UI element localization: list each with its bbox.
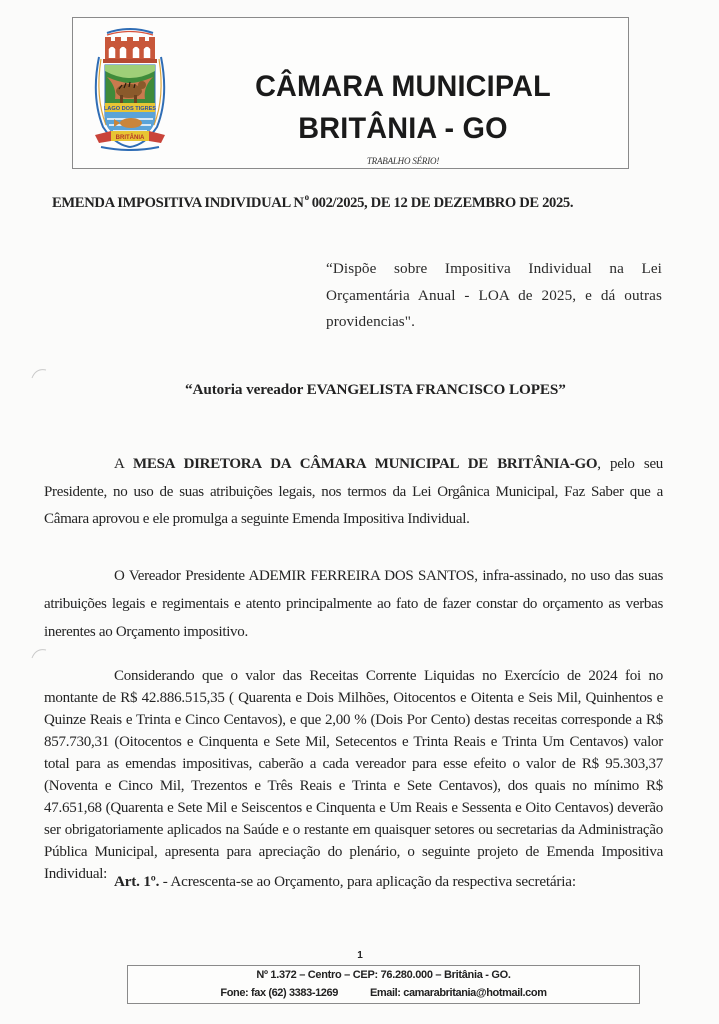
- article-label: Art. 1º.: [114, 873, 159, 890]
- article-1: Art. 1º. - Acrescenta-se ao Orçamento, p…: [114, 873, 674, 891]
- paragraph-president: O Vereador Presidente ADEMIR FERREIRA DO…: [44, 562, 663, 646]
- footer-phone: Fone: fax (62) 3383-1269: [220, 987, 338, 999]
- title-prefix: EMENDA IMPOSITIVA INDIVIDUAL N: [52, 195, 304, 211]
- article-text: - Acrescenta-se ao Orçamento, para aplic…: [159, 873, 576, 890]
- organization-city: BRITÂNIA - GO: [211, 112, 595, 146]
- document-title: EMENDA IMPOSITIVA INDIVIDUAL No002/2025,…: [52, 192, 672, 212]
- punch-hole-mark-icon: [30, 646, 50, 660]
- footer: Nº 1.372 – Centro – CEP: 76.280.000 – Br…: [127, 965, 640, 1004]
- motto: TRABALHO SÉRIO!: [303, 156, 503, 166]
- footer-email: Email: camarabritania@hotmail.com: [370, 987, 547, 999]
- page-number: 1: [350, 950, 370, 961]
- organization-name: CÂMARA MUNICIPAL: [211, 70, 595, 104]
- title-number-date: 002/2025, DE 12 DE DEZEMBRO DE 2025.: [312, 195, 573, 211]
- mesa-diretora-label: MESA DIRETORA DA CÂMARA MUNICIPAL DE BRI…: [133, 456, 597, 472]
- ementa: “Dispõe sobre Impositiva Individual na L…: [326, 256, 662, 336]
- coat-of-arms-icon: LAGO DOS TIGRES BRITÂNIA: [89, 27, 171, 151]
- svg-text:LAGO DOS TIGRES: LAGO DOS TIGRES: [104, 106, 156, 112]
- paragraph-promulgation: A MESA DIRETORA DA CÂMARA MUNICIPAL DE B…: [44, 451, 663, 534]
- footer-address: Nº 1.372 – Centro – CEP: 76.280.000 – Br…: [128, 969, 639, 981]
- paragraph-considerando: Considerando que o valor das Receitas Co…: [44, 665, 663, 885]
- punch-hole-mark-icon: [30, 366, 50, 380]
- footer-contact: Fone: fax (62) 3383-1269Email: camarabri…: [128, 987, 639, 999]
- authorship-line: “Autoria vereador EVANGELISTA FRANCISCO …: [185, 381, 605, 399]
- letterhead: LAGO DOS TIGRES BRITÂNIA CÂMARA MUNICIPA…: [72, 17, 629, 169]
- document-page: LAGO DOS TIGRES BRITÂNIA CÂMARA MUNICIPA…: [0, 0, 719, 1024]
- title-degree-mark: o: [305, 192, 309, 202]
- svg-text:BRITÂNIA: BRITÂNIA: [116, 134, 145, 141]
